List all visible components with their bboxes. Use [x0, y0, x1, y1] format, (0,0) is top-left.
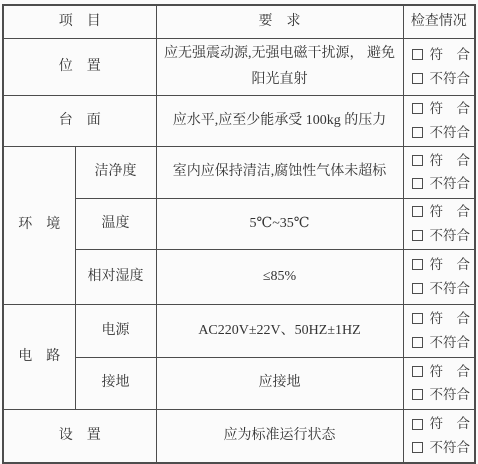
checkbox-option-nonconform[interactable]: 不符合 [412, 388, 473, 402]
item-cell: 设 置 [3, 409, 156, 463]
table-header-row: 项 目 要 求 检查情况 [3, 5, 475, 38]
requirement-cell: AC220V±22V、50HZ±1HZ [156, 304, 403, 357]
status-cell: 符 合 不符合 [403, 249, 475, 304]
item-cell: 相对湿度 [75, 249, 156, 304]
status-cell: 符 合 不符合 [403, 304, 475, 357]
item-cell: 接地 [75, 357, 156, 409]
checkbox-label: 符 合 [430, 417, 471, 431]
checkbox-option-conform[interactable]: 符 合 [412, 48, 473, 62]
inspection-table: 项 目 要 求 检查情况 位 置 应无强震动源,无强电磁干扰源， 避免阳光直射 … [2, 4, 476, 464]
table-row: 位 置 应无强震动源,无强电磁干扰源， 避免阳光直射 符 合 不符合 [3, 38, 475, 95]
checkbox-label: 不符合 [430, 388, 471, 402]
table-row: 设 置 应为标准运行状态 符 合 不符合 [3, 409, 475, 463]
checkbox[interactable] [412, 313, 423, 324]
checkbox-label: 符 合 [430, 48, 471, 62]
checkbox-label: 不符合 [430, 229, 471, 243]
checkbox-option-conform[interactable]: 符 合 [412, 312, 473, 326]
checkbox-option-nonconform[interactable]: 不符合 [412, 441, 473, 455]
requirement-cell: 5℃~35℃ [156, 198, 403, 249]
checkbox-label: 符 合 [430, 205, 471, 219]
status-cell: 符 合 不符合 [403, 146, 475, 198]
col-header-item: 项 目 [3, 5, 156, 38]
checkbox-option-conform[interactable]: 符 合 [412, 258, 473, 272]
checkbox[interactable] [412, 178, 423, 189]
checkbox-option-nonconform[interactable]: 不符合 [412, 229, 473, 243]
group-cell: 电 路 [3, 304, 75, 409]
checkbox-option-conform[interactable]: 符 合 [412, 417, 473, 431]
checkbox-option-nonconform[interactable]: 不符合 [412, 177, 473, 191]
status-cell: 符 合 不符合 [403, 357, 475, 409]
checkbox-option-conform[interactable]: 符 合 [412, 205, 473, 219]
checkbox-label: 不符合 [430, 177, 471, 191]
checkbox-option-nonconform[interactable]: 不符合 [412, 72, 473, 86]
checkbox[interactable] [412, 155, 423, 166]
checkbox-option-conform[interactable]: 符 合 [412, 365, 473, 379]
requirement-cell: 应为标准运行状态 [156, 409, 403, 463]
item-cell: 洁净度 [75, 146, 156, 198]
checkbox[interactable] [412, 127, 423, 138]
table-row: 电 路 电源 AC220V±22V、50HZ±1HZ 符 合 不符合 [3, 304, 475, 357]
col-header-status: 检查情况 [403, 5, 475, 38]
status-cell: 符 合 不符合 [403, 95, 475, 146]
checkbox[interactable] [412, 389, 423, 400]
checkbox[interactable] [412, 419, 423, 430]
checkbox-option-nonconform[interactable]: 不符合 [412, 282, 473, 296]
item-cell: 电源 [75, 304, 156, 357]
checkbox-label: 不符合 [430, 336, 471, 350]
checkbox-label: 符 合 [430, 312, 471, 326]
item-cell: 位 置 [3, 38, 156, 95]
requirement-cell: 应无强震动源,无强电磁干扰源， 避免阳光直射 [156, 38, 403, 95]
checkbox-option-nonconform[interactable]: 不符合 [412, 126, 473, 140]
status-cell: 符 合 不符合 [403, 38, 475, 95]
status-cell: 符 合 不符合 [403, 409, 475, 463]
checkbox[interactable] [412, 337, 423, 348]
checkbox-option-nonconform[interactable]: 不符合 [412, 336, 473, 350]
checkbox[interactable] [412, 230, 423, 241]
table-row: 环 境 洁净度 室内应保持清洁,腐蚀性气体未超标 符 合 不符合 [3, 146, 475, 198]
checkbox[interactable] [412, 366, 423, 377]
requirement-cell: 应水平,应至少能承受 100kg 的压力 [156, 95, 403, 146]
checkbox[interactable] [412, 442, 423, 453]
item-cell: 台 面 [3, 95, 156, 146]
status-cell: 符 合 不符合 [403, 198, 475, 249]
checkbox[interactable] [412, 103, 423, 114]
checkbox-label: 不符合 [430, 282, 471, 296]
table-row: 台 面 应水平,应至少能承受 100kg 的压力 符 合 不符合 [3, 95, 475, 146]
checkbox[interactable] [412, 206, 423, 217]
checkbox-label: 符 合 [430, 102, 471, 116]
requirement-cell: ≤85% [156, 249, 403, 304]
requirement-cell: 应接地 [156, 357, 403, 409]
item-cell: 温度 [75, 198, 156, 249]
checkbox[interactable] [412, 49, 423, 60]
checkbox-option-conform[interactable]: 符 合 [412, 102, 473, 116]
checkbox-label: 符 合 [430, 365, 471, 379]
checkbox-label: 不符合 [430, 72, 471, 86]
checkbox-label: 符 合 [430, 258, 471, 272]
checkbox[interactable] [412, 283, 423, 294]
group-cell: 环 境 [3, 146, 75, 304]
requirement-cell: 室内应保持清洁,腐蚀性气体未超标 [156, 146, 403, 198]
checkbox[interactable] [412, 259, 423, 270]
checkbox-label: 不符合 [430, 126, 471, 140]
checkbox[interactable] [412, 73, 423, 84]
checkbox-label: 不符合 [430, 441, 471, 455]
checkbox-option-conform[interactable]: 符 合 [412, 154, 473, 168]
checkbox-label: 符 合 [430, 154, 471, 168]
col-header-requirement: 要 求 [156, 5, 403, 38]
